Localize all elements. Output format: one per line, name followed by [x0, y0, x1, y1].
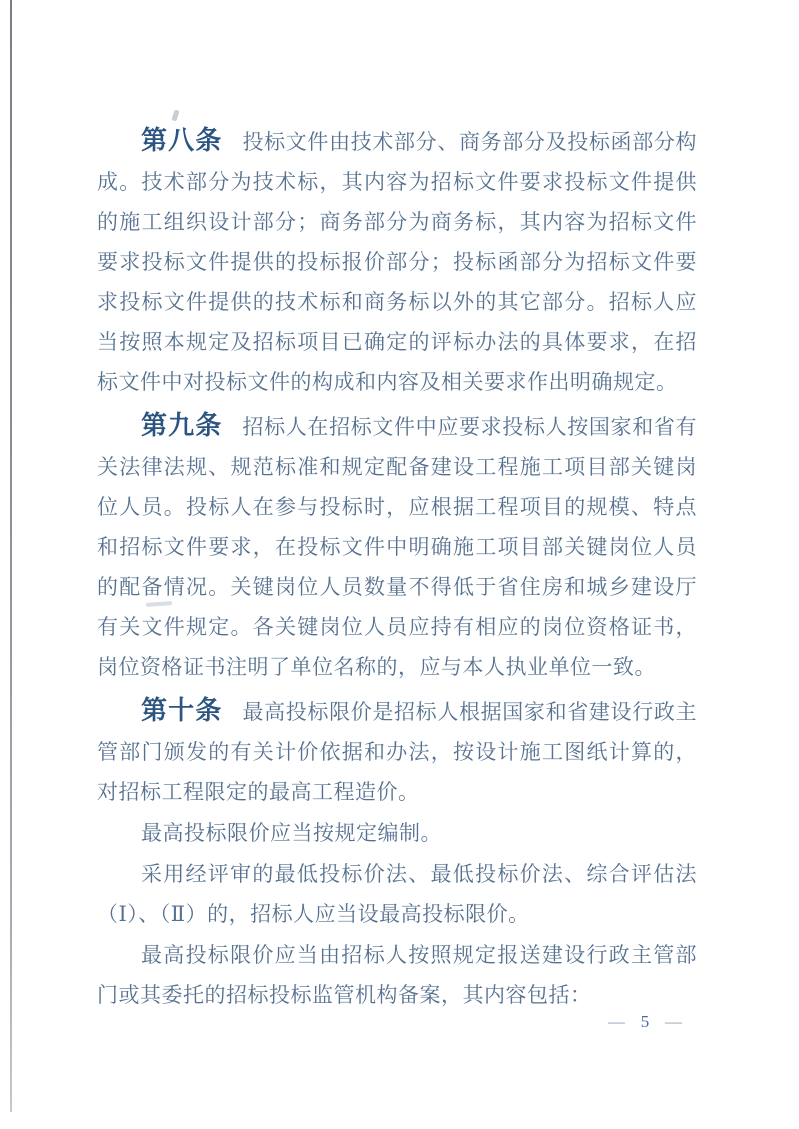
paragraph-evaluation-methods: 采用经评审的最低投标价法、最低投标价法、综合评估法（Ⅰ）、（Ⅱ）的，招标人应当设…	[97, 853, 697, 934]
article-9-heading: 第九条	[141, 411, 222, 440]
page-number-value: 5	[641, 1011, 650, 1033]
paragraph-article-9: 第九条招标人在招标文件中应要求投标人按国家和省有关法律法规、规范标准和规定配备建…	[97, 406, 697, 687]
article-8-text: 投标文件由技术部分、商务部分及投标函部分构成。技术部分为技术标，其内容为招标文件…	[97, 130, 697, 394]
evaluation-methods-text: 采用经评审的最低投标价法、最低投标价法、综合评估法（Ⅰ）、（Ⅱ）的，招标人应当设…	[97, 862, 697, 926]
page-number: — 5 —	[608, 1011, 682, 1033]
article-9-text: 招标人在招标文件中应要求投标人按国家和省有关法律法规、规范标准和规定配备建设工程…	[97, 415, 697, 679]
paragraph-article-10: 第十条最高投标限价是招标人根据国家和省建设行政主管部门颁发的有关计价依据和办法，…	[97, 691, 697, 812]
paragraph-article-8: 第八条投标文件由技术部分、商务部分及投标函部分构成。技术部分为技术标，其内容为招…	[97, 121, 697, 402]
page-number-left-dash: —	[608, 1011, 625, 1033]
page-number-right-dash: —	[665, 1011, 682, 1033]
article-8-heading: 第八条	[141, 126, 222, 155]
filing-requirement-text: 最高投标限价应当由招标人按照规定报送建设行政主管部门或其委托的招标投标监管机构备…	[97, 943, 697, 1007]
paragraph-ceiling-price-rule: 最高投标限价应当按规定编制。	[97, 812, 697, 853]
paragraph-filing-requirement: 最高投标限价应当由招标人按照规定报送建设行政主管部门或其委托的招标投标监管机构备…	[97, 934, 697, 1015]
article-10-heading: 第十条	[141, 696, 222, 725]
scan-edge-line	[10, 0, 12, 1112]
scan-speck	[171, 109, 179, 121]
document-body: 第八条投标文件由技术部分、商务部分及投标函部分构成。技术部分为技术标，其内容为招…	[97, 121, 697, 1015]
ceiling-price-rule-text: 最高投标限价应当按规定编制。	[141, 821, 442, 845]
scanned-document-page: 第八条投标文件由技术部分、商务部分及投标函部分构成。技术部分为技术标，其内容为招…	[0, 0, 799, 1129]
